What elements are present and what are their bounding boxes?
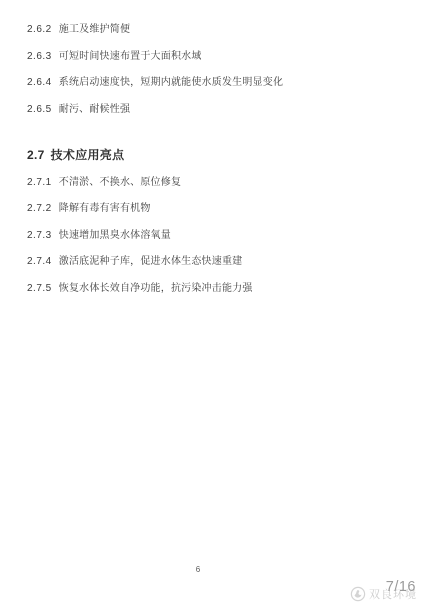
list-item: 2.7.1不清淤、不换水、原位修复 xyxy=(27,177,400,189)
item-number: 2.6.3 xyxy=(27,51,52,62)
section-heading: 2.7技术应用亮点 xyxy=(27,146,400,163)
document-page: 2.6.2施工及维护简便 2.6.3可短时间快速布置于大面积水域 2.6.4系统… xyxy=(0,0,428,609)
item-number: 2.7.2 xyxy=(27,203,52,214)
section-heading-title: 技术应用亮点 xyxy=(51,148,125,162)
list-item: 2.7.3快速增加黑臭水体溶氧量 xyxy=(27,230,400,242)
list-item: 2.6.2施工及维护简便 xyxy=(27,24,400,36)
list-item: 2.7.4激活底泥种子库，促进水体生态快速重建 xyxy=(27,256,400,268)
item-number: 2.7.4 xyxy=(27,256,52,267)
list-item: 2.7.2降解有毒有害有机物 xyxy=(27,203,400,215)
item-number: 2.7.5 xyxy=(27,283,52,294)
item-number: 2.6.2 xyxy=(27,24,52,35)
item-text: 耐污、耐候性强 xyxy=(59,104,130,115)
page-indicator: 7/16 xyxy=(386,579,416,595)
item-text: 快速增加黑臭水体溶氧量 xyxy=(59,230,171,241)
item-number: 2.6.4 xyxy=(27,77,52,88)
list-item: 2.7.5恢复水体长效自净功能，抗污染冲击能力强 xyxy=(27,283,400,295)
list-item: 2.6.4系统启动速度快，短期内就能使水质发生明显变化 xyxy=(27,77,400,89)
item-number: 2.6.5 xyxy=(27,104,52,115)
list-item: 2.6.3可短时间快速布置于大面积水域 xyxy=(27,51,400,63)
section-heading-number: 2.7 xyxy=(27,148,45,162)
item-text: 可短时间快速布置于大面积水域 xyxy=(59,51,202,62)
item-text: 恢复水体长效自净功能，抗污染冲击能力强 xyxy=(59,283,253,294)
shuangliang-swan-logo-icon xyxy=(350,586,366,602)
item-text: 激活底泥种子库，促进水体生态快速重建 xyxy=(59,256,243,267)
list-item: 2.6.5耐污、耐候性强 xyxy=(27,104,400,116)
item-text: 降解有毒有害有机物 xyxy=(59,203,151,214)
document-page-number: 6 xyxy=(0,565,428,574)
document-content: 2.6.2施工及维护简便 2.6.3可短时间快速布置于大面积水域 2.6.4系统… xyxy=(0,0,428,295)
item-number: 2.7.1 xyxy=(27,177,52,188)
item-text: 不清淤、不换水、原位修复 xyxy=(59,177,181,188)
item-number: 2.7.3 xyxy=(27,230,52,241)
item-text: 施工及维护简便 xyxy=(59,24,130,35)
item-text: 系统启动速度快，短期内就能使水质发生明显变化 xyxy=(59,77,283,88)
